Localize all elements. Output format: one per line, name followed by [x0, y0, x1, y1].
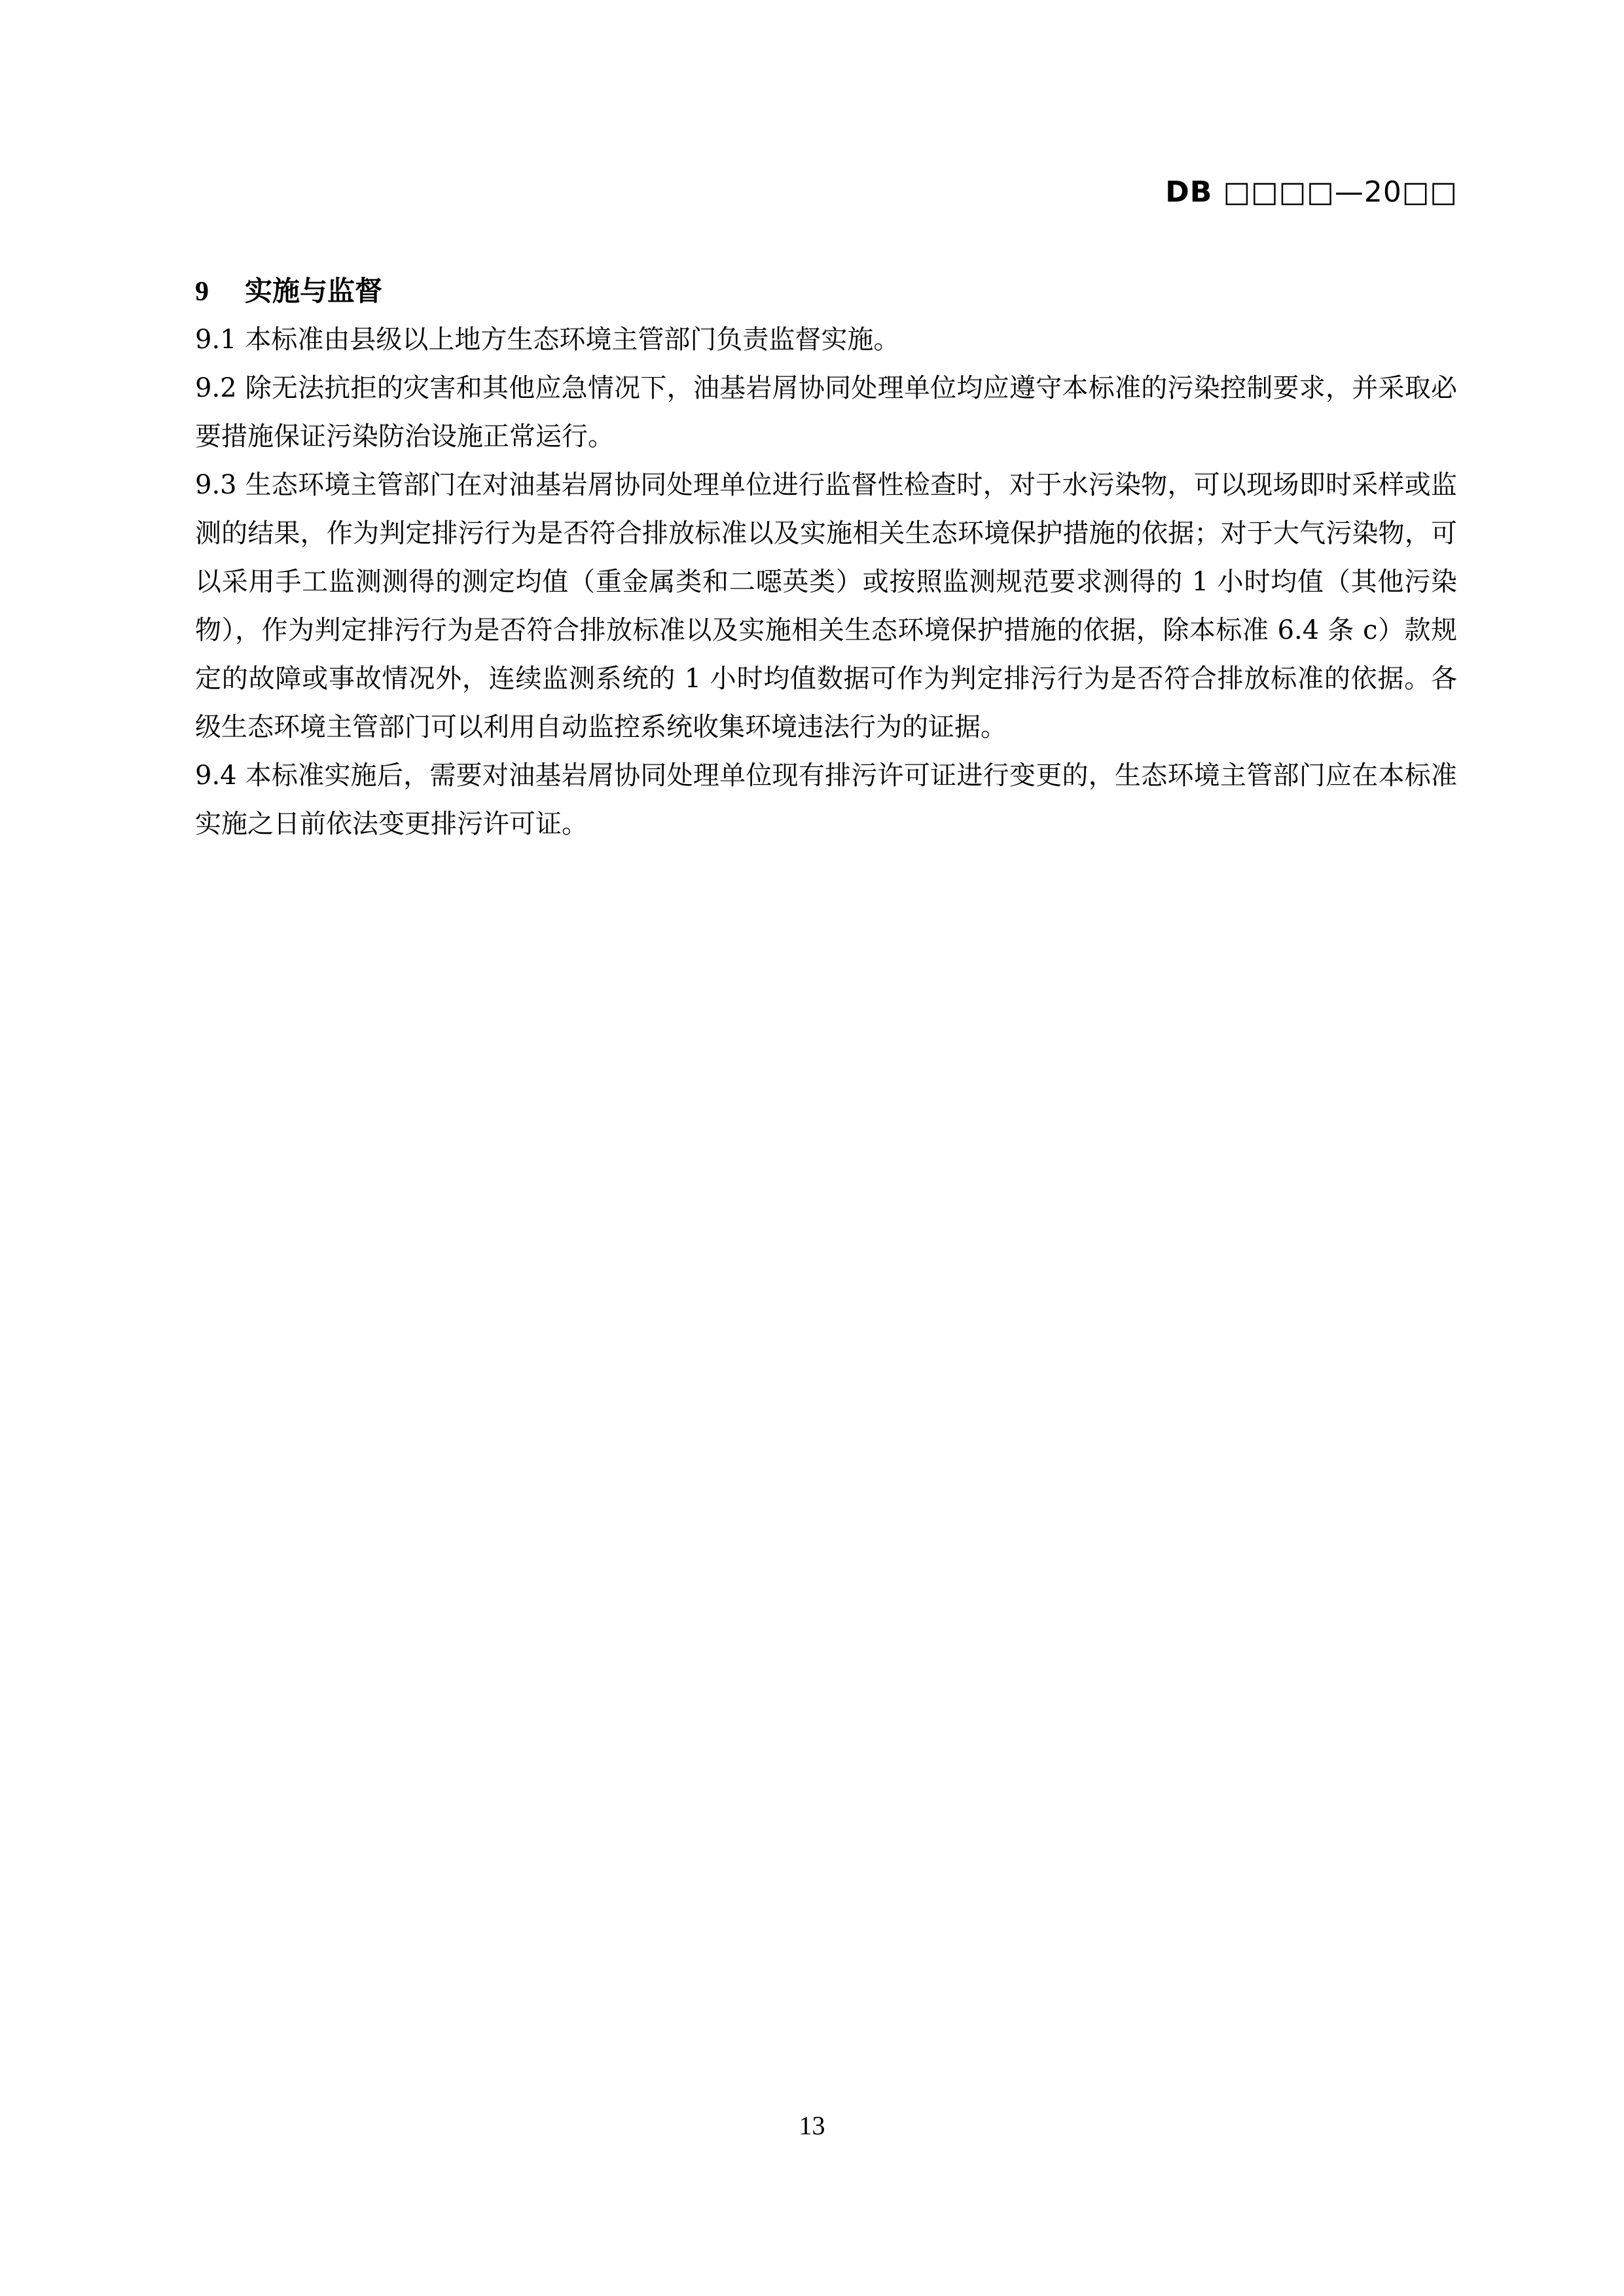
- document-body: 9实施与监督 9.1 本标准由县级以上地方生态环境主管部门负责监督实施。 9.2…: [195, 267, 1457, 848]
- paragraph-9-2: 9.2 除无法抗拒的灾害和其他应急情况下，油基岩屑协同处理单位均应遵守本标准的污…: [195, 364, 1457, 461]
- paragraph-9-1: 9.1 本标准由县级以上地方生态环境主管部门负责监督实施。: [195, 315, 1457, 364]
- standard-code: □□□□—20□□: [1223, 175, 1458, 209]
- section-number: 9: [195, 268, 245, 316]
- paragraph-9-4: 9.4 本标准实施后，需要对油基岩屑协同处理单位现有排污许可证进行变更的，生态环…: [195, 751, 1457, 848]
- paragraph-9-3: 9.3 生态环境主管部门在对油基岩屑协同处理单位进行监督性检查时，对于水污染物，…: [195, 461, 1457, 751]
- document-code-header: DB □□□□—20□□: [1165, 175, 1458, 209]
- page-number: 13: [0, 2110, 1624, 2141]
- section-heading: 9实施与监督: [195, 267, 1457, 315]
- section-title: 实施与监督: [245, 275, 382, 307]
- standard-prefix: DB: [1165, 175, 1212, 209]
